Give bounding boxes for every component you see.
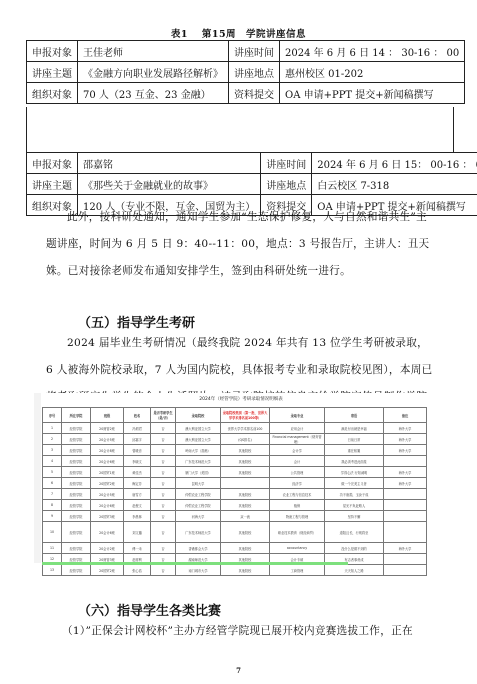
column-header: 是否考研学生（是/否）: [151, 408, 176, 423]
table-cell: 否: [151, 565, 176, 576]
table-cell: 海外大学: [384, 445, 427, 456]
table-cell: [384, 511, 427, 522]
table-cell: 否: [151, 445, 176, 456]
lecture-table-1: 申报对象 王佳老师 讲座时间 2024 年 6 月 6 日 14 ： 30-16…: [26, 40, 465, 104]
table-cell: 傅一未: [124, 543, 151, 554]
value: 惠州校区 01-202: [280, 62, 465, 83]
table-cell: 道阻且长，行则将至: [325, 522, 384, 543]
table-cell: 会计学: [270, 445, 325, 456]
table-cell: 经管学院: [62, 565, 91, 576]
table-cell: 职业技术教育（财经商贸）: [270, 522, 325, 543]
table-cell: 广东技术师范大学: [176, 522, 221, 543]
table-cell: 广东技术师范大学: [176, 456, 221, 467]
table-row: 申报对象 邵嘉铭 讲座时间 2024 年 6 月 6 日 15： 00-16 ：…: [27, 153, 477, 174]
page-number: 7: [0, 666, 477, 675]
table-cell: 否: [151, 478, 176, 489]
table-cell: 星光不负赶路人: [325, 500, 384, 511]
table-cell: 刘文璐: [124, 522, 151, 543]
table-cell: 经管学院: [62, 543, 91, 554]
table-cell: 其他院校: [221, 500, 270, 511]
value: 《金融方向职业发展路径解析》: [78, 62, 229, 83]
table-cell: 否: [151, 434, 176, 445]
table-cell: 我必须考进此面星: [325, 456, 384, 467]
table-row: 5经管学院20国贸1班黄佳杰否厦门大学（美国）其他院校公共管理学得心法 行知诚明…: [43, 467, 427, 478]
table-cell: 昆明大学: [176, 478, 221, 489]
table-cell: accountancy: [270, 543, 325, 554]
value: 70 人（23 互金、23 金融）: [78, 83, 229, 104]
table-cell: [384, 554, 427, 565]
table-cell: 否: [151, 423, 176, 434]
table-cell: 植保: [270, 500, 325, 511]
table-cell: 7: [43, 489, 62, 500]
table-cell: 否: [151, 511, 176, 522]
table-cell: 其他院校: [221, 565, 270, 576]
table-cell: 赵俊文: [124, 500, 151, 511]
table-cell: 20会计5班: [91, 489, 124, 500]
table-cell: 其他院校: [221, 467, 270, 478]
table-cell: 经管学院: [62, 522, 91, 543]
postgrad-spreadsheet-image: 2024年（经管学院）考研录取情况明细表 序号所在学院班级姓名是否考研学生（是/…: [34, 393, 440, 565]
table-row: 2经管学院20会计5班邱嘉宇否澳大利亚国立大学(QS排名)Financial m…: [43, 434, 427, 445]
table-cell: 经管学院: [62, 478, 91, 489]
row-number-gutter: [34, 393, 41, 563]
value: 王佳老师: [78, 41, 229, 62]
table-cell: 20财管2班: [91, 423, 124, 434]
table-cell: 其他院校: [221, 543, 270, 554]
table-cell: 农业工程与信息技术: [270, 489, 325, 500]
table-cell: 曾暖音: [124, 445, 151, 456]
table-header-row: 序号所在学院班级姓名是否考研学生（是/否）录取院校录取院校类别（第一批、世界大学…: [43, 408, 427, 423]
table-cell: 天天知人之路: [325, 565, 384, 576]
table-cell: 经管学院: [62, 456, 91, 467]
table-cell: Financial management（财务管理）: [270, 434, 325, 445]
table-cell: 20会计6班: [91, 500, 124, 511]
table-cell: 功不唐捐，玉汝于成: [325, 489, 384, 500]
value: 白云校区 7-318: [312, 174, 477, 195]
table-cell: 唐雪方: [124, 489, 151, 500]
table-cell: 满足付出就是幸福: [325, 423, 384, 434]
table-cell: 工商管理: [270, 565, 325, 576]
column-header: 序号: [43, 408, 62, 423]
table-cell: 否: [151, 500, 176, 511]
table-cell: 20国贸2班: [91, 478, 124, 489]
table-cell: [384, 565, 427, 576]
paragraph-competition: （1）”正保会计网校杯”主办方经管学院现已展开校内竞赛选拔工作，正在: [46, 618, 434, 645]
table-cell: 否: [151, 489, 176, 500]
label: 讲座地点: [229, 62, 280, 83]
postgrad-table: 序号所在学院班级姓名是否考研学生（是/否）录取院校录取院校类别（第一批、世界大学…: [42, 407, 427, 576]
table-cell: 坚持不懈: [325, 511, 384, 522]
table-row: 9经管学院20国贸3班李晨林否河海大学双一流物流工程与管理坚持不懈: [43, 511, 427, 522]
table-cell: [384, 456, 427, 467]
label: 资料提交: [229, 83, 280, 104]
table-cell: 1: [43, 423, 62, 434]
table-cell: 张心浩: [124, 565, 151, 576]
label: 讲座主题: [27, 62, 78, 83]
table-cell: (QS排名): [221, 434, 270, 445]
table-row: 7经管学院20会计5班唐雪方否仲恺农业工程学院其他院校农业工程与信息技术功不唐捐…: [43, 489, 427, 500]
label: 讲座地点: [261, 174, 312, 195]
table-cell: 做一个完美主义者: [325, 478, 384, 489]
table-cell: 20会计6班: [91, 522, 124, 543]
table-cell: 岭南大学（香港）: [176, 445, 221, 456]
table-cell: 否: [151, 543, 176, 554]
selection-bar: [42, 562, 348, 565]
table-cell: 20国贸3班: [91, 511, 124, 522]
table-cell: 海外大学: [384, 434, 427, 445]
table-cell: 澳大利亚国立大学: [176, 434, 221, 445]
column-header: 所在学院: [62, 408, 91, 423]
table-row: 申报对象 王佳老师 讲座时间 2024 年 6 月 6 日 14 ： 30-16…: [27, 41, 465, 62]
label: 申报对象: [27, 153, 78, 174]
table-cell: 20会计5班: [91, 434, 124, 445]
table-cell: 其他院校: [221, 522, 270, 543]
column-header: 寄语: [325, 408, 384, 423]
table-cell: 海外大学: [384, 543, 427, 554]
table-spacer: [26, 107, 454, 152]
table-cell: 重在积累: [325, 445, 384, 456]
table-cell: 物流工程与管理: [270, 511, 325, 522]
table-cell: 会计: [270, 456, 325, 467]
value: 2024 年 6 月 6 日 15： 00-16 ： 00: [312, 153, 477, 174]
table-cell: 学得心法 行知诚明: [325, 467, 384, 478]
table-cell: 经管学院: [62, 445, 91, 456]
table-row: 1经管学院20财管2班冯炳君否澳大利亚国立大学世界大学学术排名前100应用会计满…: [43, 423, 427, 434]
table-cell: 经管学院: [62, 434, 91, 445]
table-row: 组织对象 70 人（23 互金、23 金融） 资料提交 OA 申请+PPT 提交…: [27, 83, 465, 104]
table-cell: 5: [43, 467, 62, 478]
table-row: 3经管学院20会计8班曾暖音否岭南大学（香港）其他院校会计学重在积累海外大学: [43, 445, 427, 456]
value: 《那些关于金融就业的故事》: [78, 174, 261, 195]
table-cell: 冯炳君: [124, 423, 151, 434]
table-cell: 其他院校: [221, 445, 270, 456]
table-cell: 11: [43, 543, 62, 554]
table-cell: 海外大学: [384, 478, 427, 489]
table-cell: 10: [43, 522, 62, 543]
table-cell: 海外大学: [384, 467, 427, 478]
table-row: 4经管学院20会计6班李晓文否广东技术师范大学其他院校会计我必须考进此面星: [43, 456, 427, 467]
table-cell: 李晓文: [124, 456, 151, 467]
table-cell: 其他院校: [221, 456, 270, 467]
label: 申报对象: [27, 41, 78, 62]
table-cell: 日前日常: [325, 434, 384, 445]
table-row: 11经管学院20会计2班傅一未否香港都会大学其他院校accountancy没什么…: [43, 543, 427, 554]
table-row: 13经管学院20国贸2班张心浩否南门城市大学其他院校工商管理天天知人之路: [43, 565, 427, 576]
table-cell: 13: [43, 565, 62, 576]
column-header: 姓名: [124, 408, 151, 423]
table-cell: 否: [151, 522, 176, 543]
table-cell: 经管学院: [62, 511, 91, 522]
table-cell: 经管学院: [62, 500, 91, 511]
table-cell: [384, 489, 427, 500]
table-cell: 经济学: [270, 478, 325, 489]
table-cell: 否: [151, 467, 176, 478]
table-cell: 仲恺农业工程学院: [176, 500, 221, 511]
table-cell: 没什么是做不到的: [325, 543, 384, 554]
column-header: 备注: [384, 408, 427, 423]
section-heading-5: （五）指导学生考研: [78, 312, 195, 331]
section-heading-6: （六）指导学生各类比赛: [78, 600, 221, 619]
label: 讲座时间: [229, 41, 280, 62]
table-caption: 表1 第15周 学院讲座信息: [0, 26, 477, 40]
table-cell: 澳大利亚国立大学: [176, 423, 221, 434]
table-cell: 应用会计: [270, 423, 325, 434]
table-cell: 经管学院: [62, 423, 91, 434]
table-cell: 20会计6班: [91, 456, 124, 467]
table-cell: 李晨林: [124, 511, 151, 522]
sheet-title: 2024年（经管学院）考研录取情况明细表: [42, 396, 440, 402]
table-row: 6经管学院20国贸2班梅定芳否昆明大学经济学做一个完美主义者海外大学: [43, 478, 427, 489]
table-cell: 厦门大学（美国）: [176, 467, 221, 478]
table-cell: 公共管理: [270, 467, 325, 478]
table-cell: 经管学院: [62, 467, 91, 478]
table-cell: 3: [43, 445, 62, 456]
column-header: 录取院校: [176, 408, 221, 423]
table-cell: 8: [43, 500, 62, 511]
table-cell: 经管学院: [62, 489, 91, 500]
table-cell: 梅定芳: [124, 478, 151, 489]
table-cell: 仲恺农业工程学院: [176, 489, 221, 500]
table-cell: 黄佳杰: [124, 467, 151, 478]
table-row: 8经管学院20会计6班赵俊文否仲恺农业工程学院其他院校植保星光不负赶路人: [43, 500, 427, 511]
table-cell: 海外大学: [384, 423, 427, 434]
label: 讲座主题: [27, 174, 78, 195]
table-cell: 河海大学: [176, 511, 221, 522]
label: 讲座时间: [261, 153, 312, 174]
table-cell: 邱嘉宇: [124, 434, 151, 445]
value: OA 申请+PPT 提交+新闻稿撰写: [280, 83, 465, 104]
table-cell: 20国贸1班: [91, 467, 124, 478]
value: 邵嘉铭: [78, 153, 261, 174]
table-cell: [384, 500, 427, 511]
table-cell: 4: [43, 456, 62, 467]
paragraph-notice: 此外，接科研处通知，通知学生参加“生态保护修复，人与自然和谐共生”主题讲座，时间…: [46, 204, 434, 285]
table-cell: 9: [43, 511, 62, 522]
label: 组织对象: [27, 83, 78, 104]
value: 2024 年 6 月 6 日 14 ： 30-16 ： 00: [280, 41, 465, 62]
table-cell: 其他院校: [221, 489, 270, 500]
table-cell: 20会计2班: [91, 543, 124, 554]
table-row: 讲座主题 《金融方向职业发展路径解析》 讲座地点 惠州校区 01-202: [27, 62, 465, 83]
table-cell: 香港都会大学: [176, 543, 221, 554]
table-cell: 20国贸2班: [91, 565, 124, 576]
table-cell: 南门城市大学: [176, 565, 221, 576]
table-cell: [384, 522, 427, 543]
table-row: 10经管学院20会计6班刘文璐否广东技术师范大学其他院校职业技术教育（财经商贸）…: [43, 522, 427, 543]
table-cell: 2: [43, 434, 62, 445]
table-row: 讲座主题 《那些关于金融就业的故事》 讲座地点 白云校区 7-318: [27, 174, 477, 195]
table-cell: 6: [43, 478, 62, 489]
table-cell: 20会计8班: [91, 445, 124, 456]
table-cell: 否: [151, 456, 176, 467]
column-header: 录取专业: [270, 408, 325, 423]
table-cell: [221, 478, 270, 489]
table-cell: 世界大学学术排名前100: [221, 423, 270, 434]
table-cell: 双一流: [221, 511, 270, 522]
column-header: 班级: [91, 408, 124, 423]
column-header: 录取院校类别（第一批、世界大学学术排名前100等）: [221, 408, 270, 423]
